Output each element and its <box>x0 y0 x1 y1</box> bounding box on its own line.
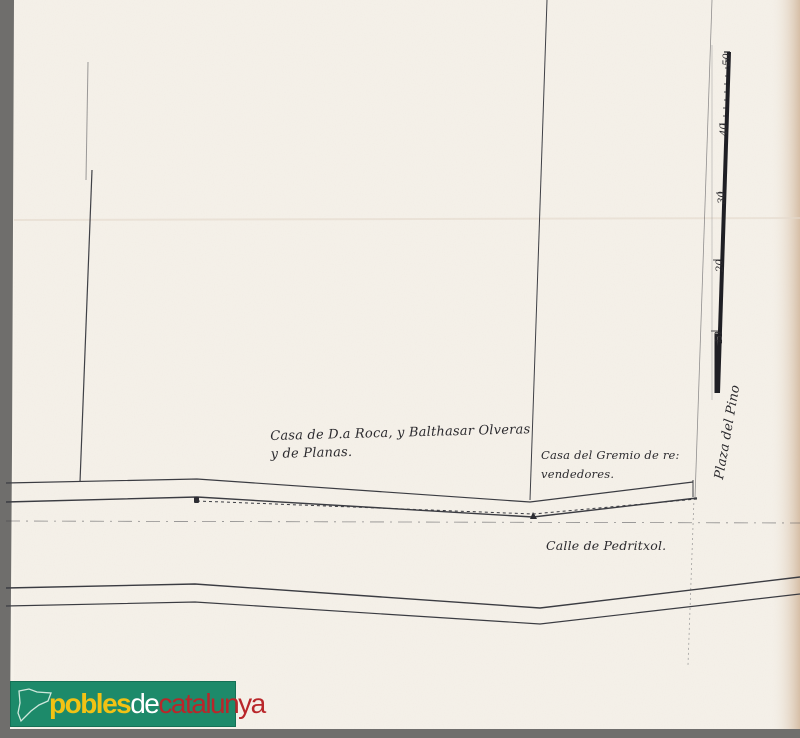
label-calle-pedritxol: Calle de Pedritxol. <box>546 538 666 553</box>
scale-tick-30: 30 <box>717 191 728 204</box>
label-casa-gremio-line1: Casa del Gremio de re: <box>541 446 680 465</box>
map-drawing <box>0 0 800 738</box>
scale-tick-20: 20 <box>715 259 726 272</box>
logo-word-catalunya: catalunya <box>158 688 264 719</box>
map-scan: 10 20 30 40 50 Casa de D.a Roca, y Balth… <box>0 0 800 738</box>
label-casa-gremio-line2: vendedores. <box>541 465 680 484</box>
pobles-de-catalunya-logo[interactable]: poblesdecatalunya <box>10 681 236 727</box>
label-casa-roca: Casa de D.a Roca, y Balthasar Olveras y … <box>270 421 531 464</box>
scale-tick-10: 10 <box>714 331 725 344</box>
paper-edge-stain <box>770 0 800 729</box>
logo-text: poblesdecatalunya <box>49 686 265 722</box>
logo-word-de: de <box>130 688 158 719</box>
scale-tick-40: 40 <box>719 123 730 136</box>
label-casa-gremio: Casa del Gremio de re: vendedores. <box>541 446 680 484</box>
logo-word-pobles: pobles <box>49 688 130 719</box>
scale-tick-50: 50 <box>722 53 733 66</box>
